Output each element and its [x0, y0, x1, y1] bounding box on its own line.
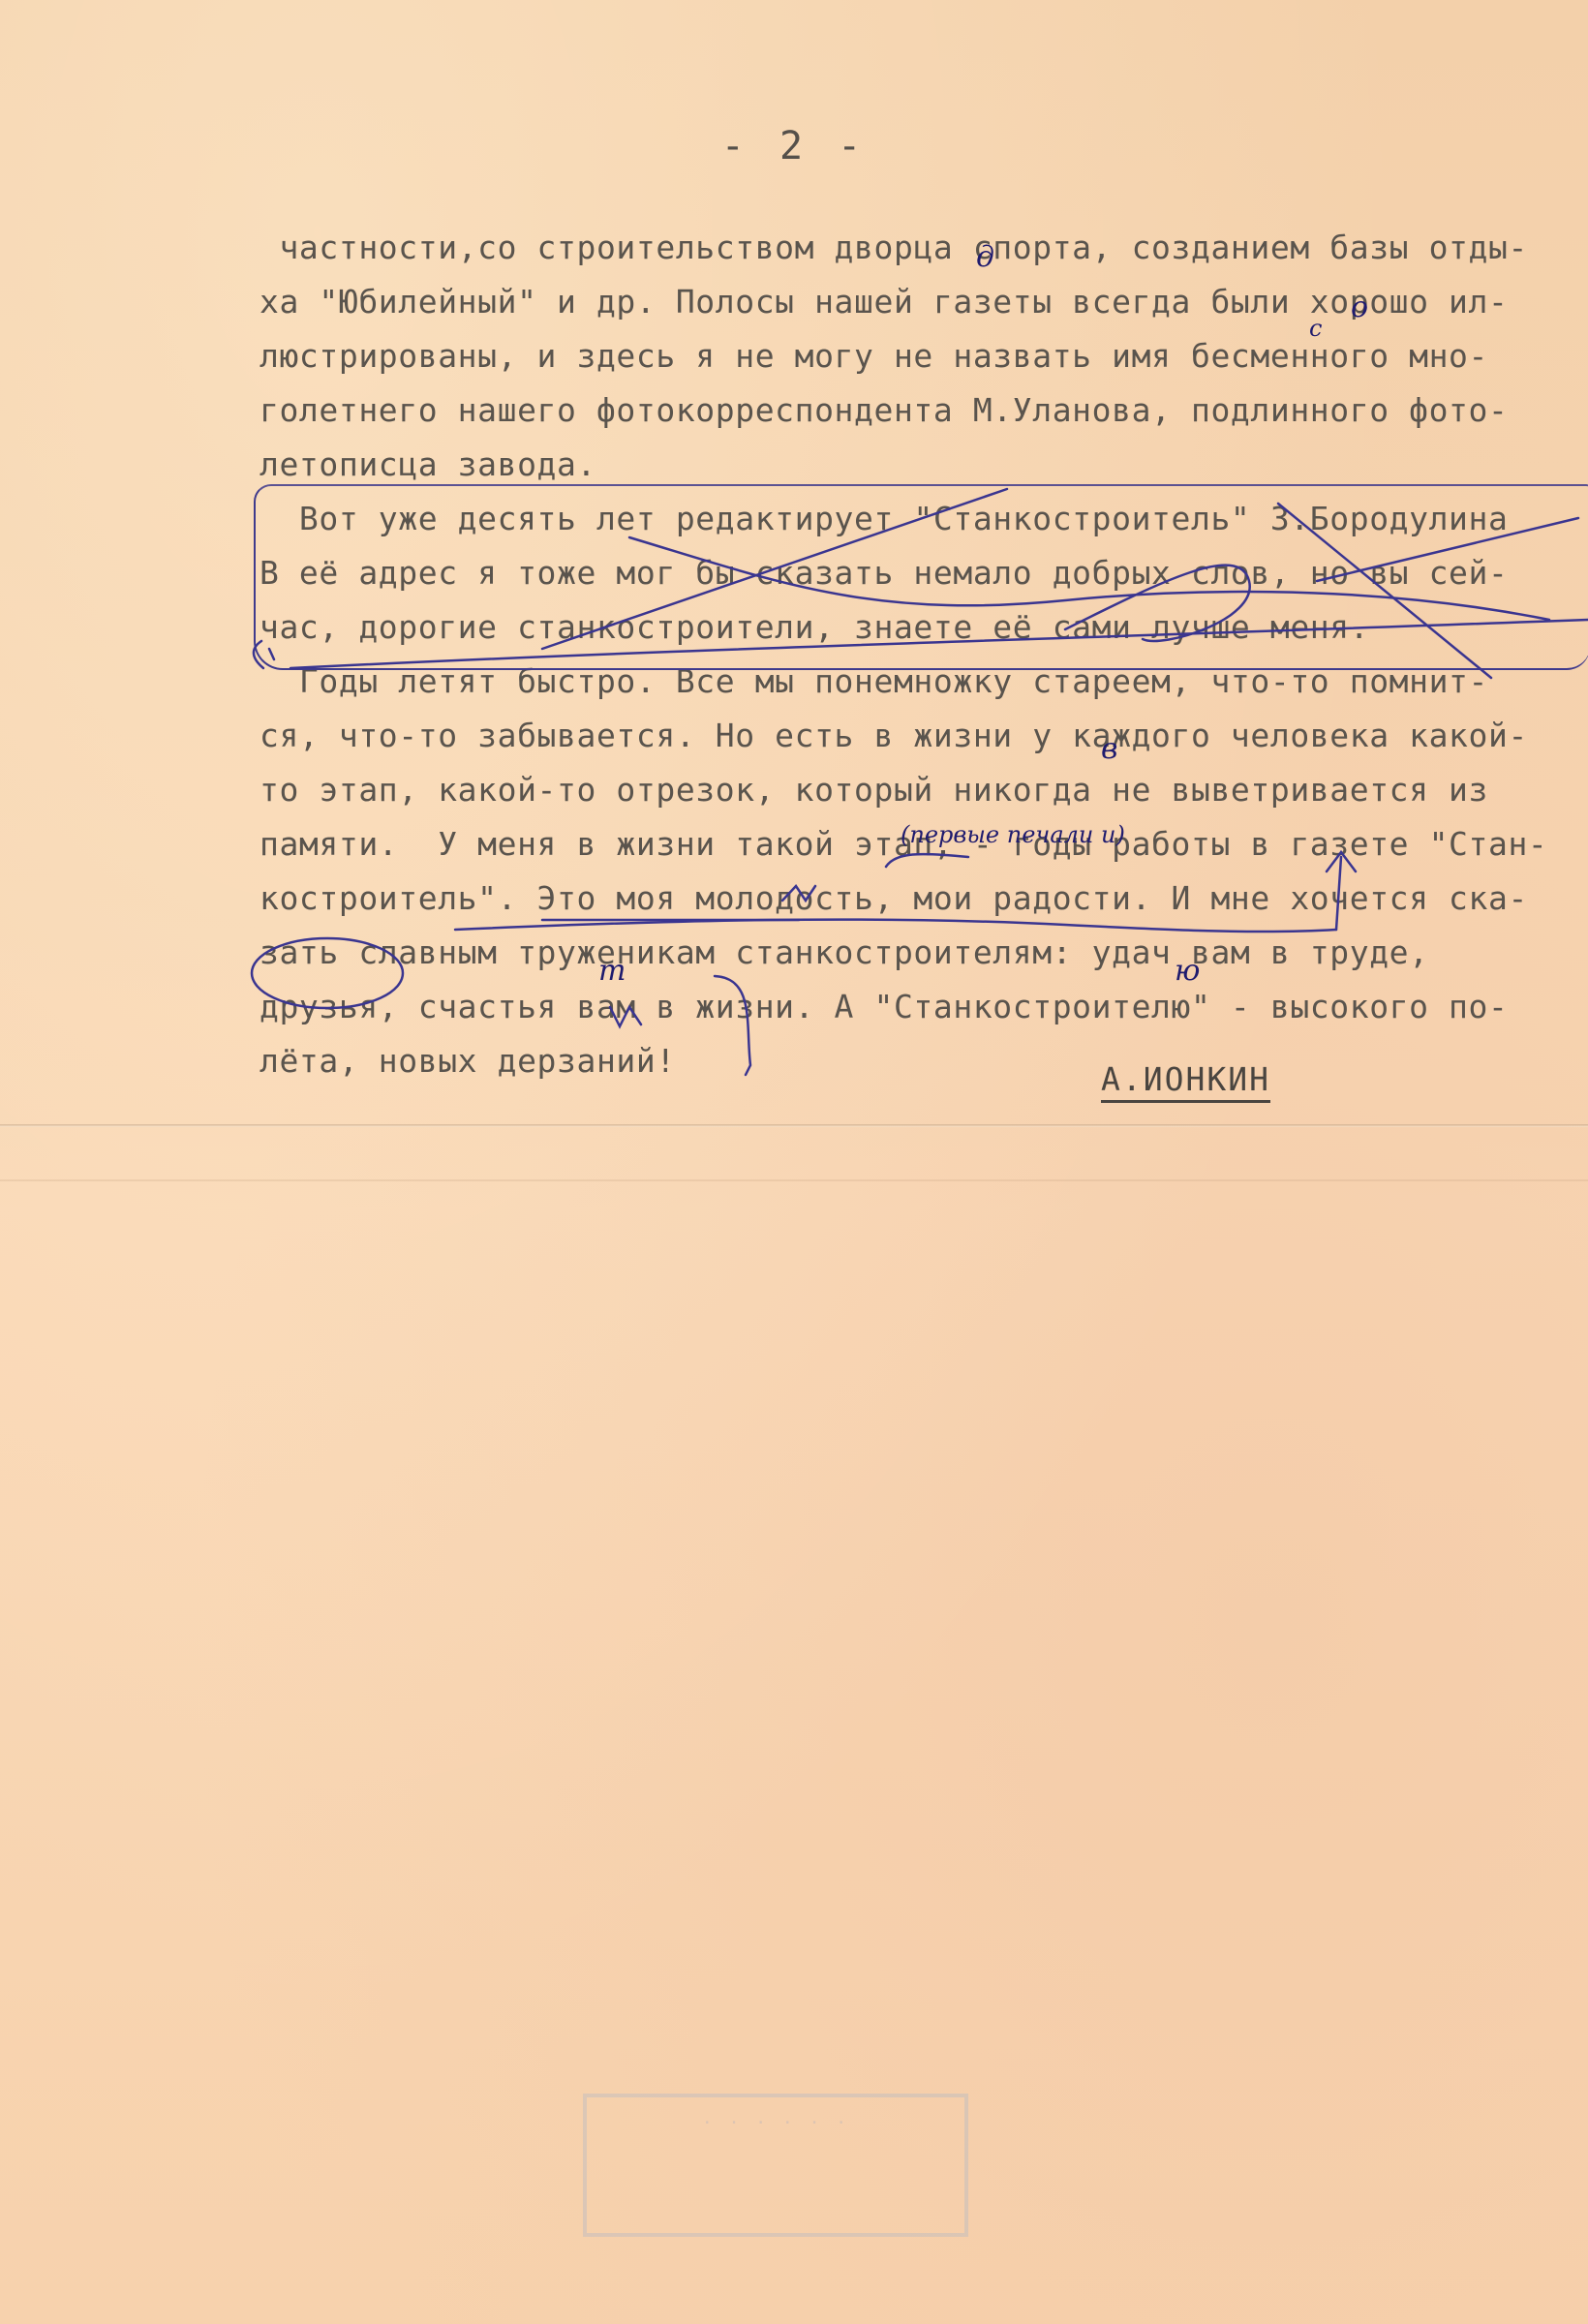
- handwritten-insert-d: д: [976, 240, 994, 274]
- text-line: голетнего нашего фотокорреспондента М.Ул…: [260, 383, 1588, 438]
- handwritten-insert-v: в: [1101, 732, 1117, 766]
- author-signature: А.ИОНКИН: [1101, 1060, 1270, 1103]
- text-line: Годы летят быстро. Все мы понемножку ста…: [260, 655, 1588, 709]
- text-line: то этап, какой-то отрезок, который никог…: [260, 763, 1588, 817]
- stamp-text: · · · · · ·: [587, 2113, 964, 2133]
- handwritten-insert-o: о: [1351, 290, 1368, 324]
- text-line: друзья, счастья вам в жизни. А "Станкост…: [260, 980, 1588, 1034]
- handwritten-insert-s: с: [1309, 315, 1322, 342]
- text-line: зать славным труженикам станкостроителям…: [260, 926, 1588, 980]
- text-line: ха "Юбилейный" и др. Полосы нашей газеты…: [260, 275, 1588, 329]
- text-line-struck: час, дорогие станкостроители, знаете её …: [260, 600, 1588, 655]
- paper-fold-line: [0, 1124, 1588, 1127]
- text-line: лёта, новых дерзаний!: [260, 1034, 1588, 1088]
- text-line: частности,со строительством дворца спорт…: [260, 221, 1588, 275]
- handwritten-insert-first-sorrows: (первые печали и): [901, 821, 1125, 848]
- text-line: ся, что-то забывается. Но есть в жизни у…: [260, 709, 1588, 763]
- paper-crease: [0, 1179, 1588, 1181]
- page-number: - 2 -: [707, 124, 881, 168]
- handwritten-insert-yu: ю: [1175, 954, 1200, 988]
- typed-body-text: частности,со строительством дворца спорт…: [260, 221, 1588, 1088]
- handwritten-insert-t: т: [598, 954, 626, 988]
- text-line: летописца завода.: [260, 438, 1588, 492]
- text-line: люстрированы, и здесь я не могу не назва…: [260, 329, 1588, 383]
- text-line-struck: Вот уже десять лет редактирует "Станкост…: [260, 492, 1588, 546]
- faint-stamp: · · · · · ·: [583, 2094, 968, 2237]
- text-line: костроитель". Это моя молодость, мои рад…: [260, 871, 1588, 926]
- text-line-struck: В её адрес я тоже мог бы сказать немало …: [260, 546, 1588, 600]
